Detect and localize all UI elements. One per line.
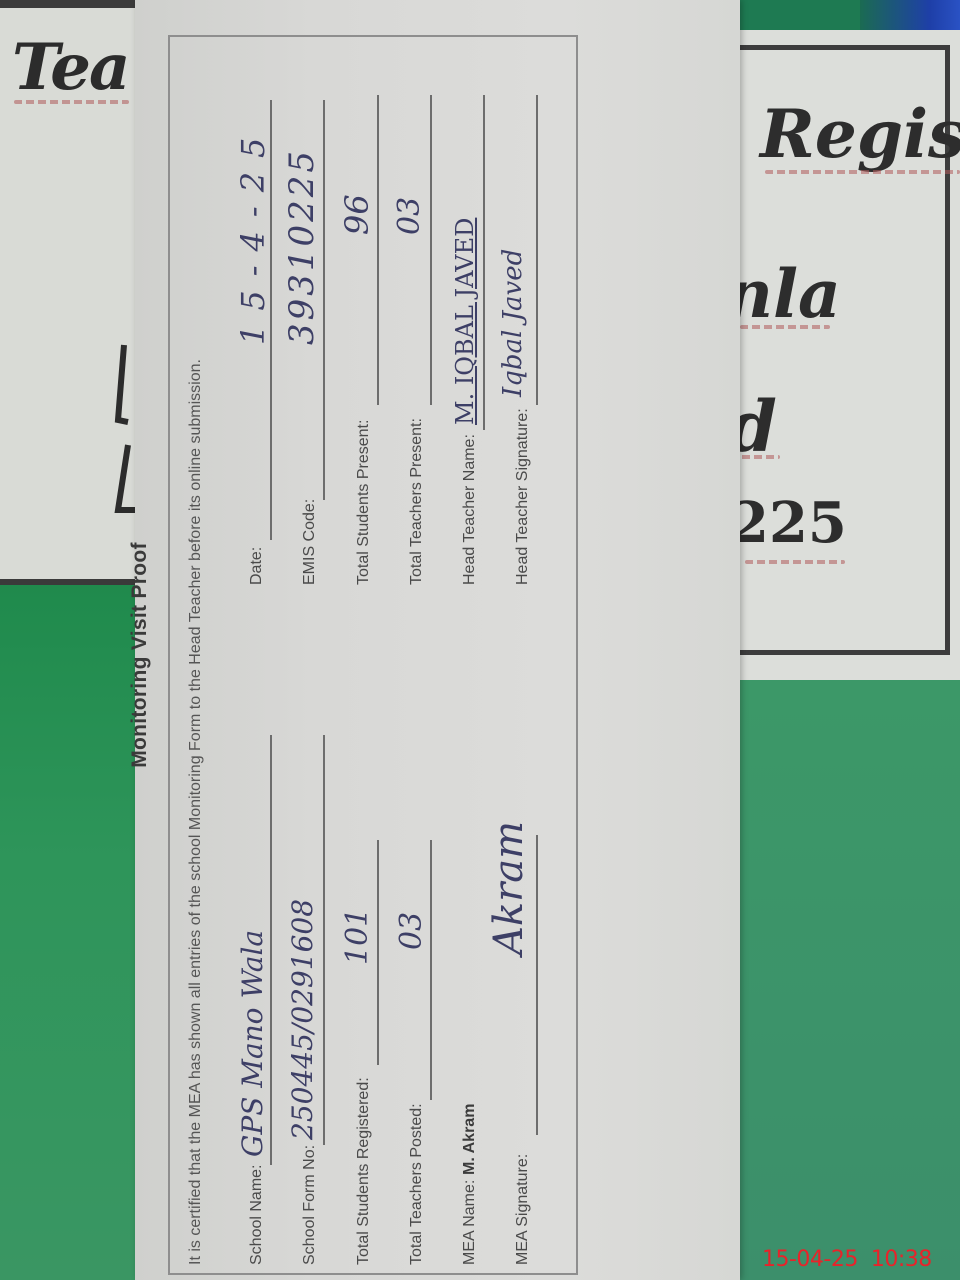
blue-object bbox=[860, 0, 960, 30]
mea-name-label: MEA Name: bbox=[461, 1180, 479, 1265]
school-form-no-label: School Form No: bbox=[301, 1145, 319, 1265]
mea-signature: Akram bbox=[486, 821, 532, 955]
poster-number: 225 bbox=[730, 490, 847, 556]
emis-code-label: EMIS Code: bbox=[301, 499, 319, 585]
poster-letter-fragment bbox=[110, 340, 130, 430]
head-teacher-name-label: Head Teacher Name: bbox=[461, 434, 479, 585]
poster-word: Registe bbox=[760, 95, 960, 173]
students-registered-line bbox=[377, 840, 379, 1065]
emis-code-value: 39310225 bbox=[282, 148, 322, 345]
poster-underline bbox=[14, 100, 129, 104]
camera-timestamp: 15-04-25 10:38 bbox=[762, 1247, 932, 1272]
head-teacher-signature-line bbox=[536, 95, 538, 405]
date-value: 15-4-25 bbox=[234, 124, 272, 345]
students-present-label: Total Students Present: bbox=[355, 420, 373, 585]
poster-word: nla bbox=[725, 255, 841, 333]
monitoring-visit-form: Monitoring Visit Proof It is certified t… bbox=[168, 35, 578, 1275]
poster-underline bbox=[745, 560, 845, 564]
school-form-no-line bbox=[323, 735, 325, 1145]
poster-underline bbox=[740, 325, 830, 329]
left-poster: Tea bbox=[0, 0, 135, 585]
school-name-value: GPS Mano Wala bbox=[236, 930, 269, 1157]
mea-signature-label: MEA Signature: bbox=[514, 1154, 532, 1265]
school-name-label: School Name: bbox=[248, 1165, 266, 1266]
certification-text: It is certified that the MEA has shown a… bbox=[182, 45, 209, 1265]
mea-signature-line bbox=[536, 835, 538, 1135]
poster-underline bbox=[765, 170, 960, 174]
date-label: Date: bbox=[248, 547, 266, 585]
students-present-line bbox=[377, 95, 379, 405]
teal-wall-background bbox=[720, 680, 960, 1280]
emis-code-line bbox=[323, 100, 325, 500]
head-teacher-name-line bbox=[483, 95, 485, 430]
school-form-no-value: 250445/0291608 bbox=[286, 899, 319, 1140]
teachers-posted-line bbox=[430, 840, 432, 1100]
head-teacher-name-value: M. IQBAL JAVED bbox=[451, 218, 479, 425]
students-registered-value: 101 bbox=[340, 908, 375, 965]
teachers-present-value: 03 bbox=[392, 197, 427, 235]
mea-name-value: M. Akram bbox=[461, 1104, 479, 1175]
form-title: Monitoring Visit Proof bbox=[128, 35, 152, 1275]
school-name-line bbox=[270, 735, 272, 1165]
teachers-posted-label: Total Teachers Posted: bbox=[408, 1103, 426, 1265]
teachers-present-label: Total Teachers Present: bbox=[408, 418, 426, 585]
students-registered-label: Total Students Registered: bbox=[355, 1077, 373, 1265]
left-poster-text: Tea bbox=[12, 30, 128, 105]
teachers-posted-value: 03 bbox=[394, 912, 429, 950]
students-present-value: 96 bbox=[338, 194, 376, 235]
head-teacher-signature: Iqbal Javed bbox=[498, 249, 528, 397]
poster-border bbox=[0, 0, 135, 8]
teachers-present-line bbox=[430, 95, 432, 405]
head-teacher-signature-label: Head Teacher Signature: bbox=[514, 408, 532, 585]
